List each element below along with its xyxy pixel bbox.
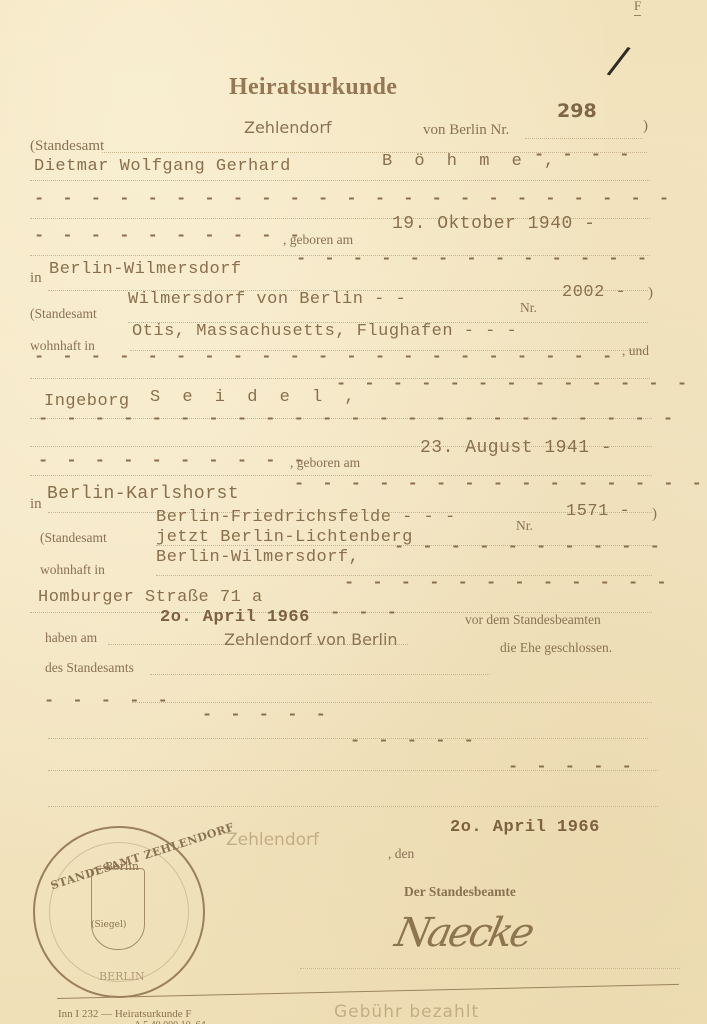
vor-dem-standesbeamten-label: vor dem Standesbeamten bbox=[465, 612, 601, 628]
bride-surname: S e i d e l , bbox=[150, 388, 361, 407]
haben-am-label: haben am bbox=[45, 630, 97, 646]
form-code: F bbox=[634, 0, 641, 16]
registrar-signature: Naecke bbox=[391, 910, 536, 956]
bride-nr-label: Nr. bbox=[516, 518, 533, 534]
groom-line3-dashes: - - - - - - - - - - bbox=[34, 227, 304, 246]
registry-office-stamp: Zehlendorf bbox=[244, 118, 332, 137]
groom-standesamt-label: (Standesamt bbox=[30, 306, 97, 322]
bride-line3-dashes: - - - - - - - - - - bbox=[38, 452, 308, 471]
groom-name-dashes: - - - - bbox=[534, 146, 633, 165]
close-paren: ) bbox=[643, 118, 648, 135]
bride-wohnhaft-label: wohnhaft in bbox=[40, 562, 105, 578]
groom-birthplace: Berlin-Wilmersdorf bbox=[49, 260, 242, 279]
bride-close-paren: ) bbox=[652, 506, 657, 523]
form-info-line2: A 5 40 000 10. 64 bbox=[134, 1020, 206, 1024]
marriage-date-dashes: - - - bbox=[330, 604, 401, 623]
groom-close-paren: ) bbox=[648, 285, 653, 302]
groom-line2-dashes: - - - - - - - - - - - - - - - - - - - - … bbox=[34, 190, 673, 209]
bride-birth-date: 23. August 1941 - bbox=[420, 438, 612, 458]
remarks-dashes-4: - - - - - bbox=[508, 758, 636, 777]
issue-date: 2o. April 1966 bbox=[450, 818, 600, 837]
remarks-dashes-3: - - - - - bbox=[350, 732, 478, 751]
bride-birthplace-dashes: - - - - - - - - - - - - - - - bbox=[294, 475, 706, 494]
groom-residence-dashes: - - - - - - - - - - - - - - - - - - - - … bbox=[34, 348, 616, 367]
bride-name-dashes: - - - - - - - - - - - - - bbox=[336, 375, 691, 394]
bride-residence-line1-dashes: - - - - - - - - - - bbox=[394, 538, 664, 557]
seal-center-text: (Siegel) bbox=[91, 920, 126, 930]
bride-in-label: in bbox=[30, 496, 42, 513]
coat-of-arms-icon bbox=[91, 868, 145, 950]
bride-residence-line2: Homburger Straße 71 a bbox=[38, 588, 263, 607]
bride-residence-line2-dashes: - - - - - - - - - - - - bbox=[344, 574, 671, 593]
groom-registry: Wilmersdorf von Berlin - - bbox=[128, 290, 406, 309]
groom-given-names: Dietmar Wolfgang Gerhard bbox=[34, 157, 291, 176]
seal-city: Berlin bbox=[105, 860, 139, 873]
document-title: Heiratsurkunde bbox=[229, 74, 397, 101]
certificate-number: 298 bbox=[557, 100, 597, 122]
geboren-am-label: , geboren am bbox=[283, 232, 353, 248]
fee-paid-stamp: Gebühr bezahlt bbox=[334, 1002, 479, 1022]
remarks-dashes-2: - - - - - bbox=[202, 706, 330, 725]
pencil-check-mark: / bbox=[605, 37, 633, 85]
form-info-line1: Inn I 232 — Heiratsurkunde F bbox=[58, 1008, 192, 1020]
der-standesbeamte-label: Der Standesbeamte bbox=[404, 884, 516, 900]
bride-registry-nr: 1571 - bbox=[566, 502, 630, 521]
official-seal: STANDESAMT ZEHLENDORF Berlin (Siegel) BE… bbox=[33, 826, 205, 998]
seal-text-bottom: BERLIN bbox=[99, 970, 145, 983]
die-ehe-geschlossen-label: die Ehe geschlossen. bbox=[500, 640, 612, 656]
des-standesamts-label: des Standesamts bbox=[45, 660, 134, 676]
groom-birth-date: 19. Oktober 1940 - bbox=[392, 214, 595, 234]
standesamt-label: (Standesamt bbox=[30, 138, 104, 155]
bride-birthplace: Berlin-Karlshorst bbox=[47, 484, 239, 504]
von-berlin-nr-label: von Berlin Nr. bbox=[423, 122, 509, 139]
bride-first-name: Ingeborg bbox=[44, 392, 130, 411]
bride-standesamt-label: (Standesamt bbox=[40, 530, 107, 546]
marriage-office-stamp: Zehlendorf von Berlin bbox=[224, 630, 398, 649]
und-label: , und bbox=[622, 343, 649, 359]
den-label: , den bbox=[388, 846, 414, 862]
marriage-date: 2o. April 1966 bbox=[160, 608, 310, 627]
groom-residence: Otis, Massachusetts, Flughafen - - - bbox=[132, 322, 517, 341]
bride-line2-dashes: - - - - - - - - - - - - - - - - - - - - … bbox=[38, 410, 677, 429]
bride-residence-line1: Berlin-Wilmersdorf, bbox=[156, 548, 359, 567]
bride-geboren-am-label: , geboren am bbox=[290, 455, 360, 471]
groom-registry-nr: 2002 - bbox=[562, 283, 626, 302]
groom-birthplace-dashes: - - - - - - - - - - - - - bbox=[296, 250, 651, 269]
in-label: in bbox=[30, 270, 42, 287]
groom-nr-label: Nr. bbox=[520, 300, 537, 316]
issue-place-stamp: Zehlendorf bbox=[226, 830, 319, 850]
bride-registry-line1: Berlin-Friedrichsfelde - - - bbox=[156, 508, 456, 527]
